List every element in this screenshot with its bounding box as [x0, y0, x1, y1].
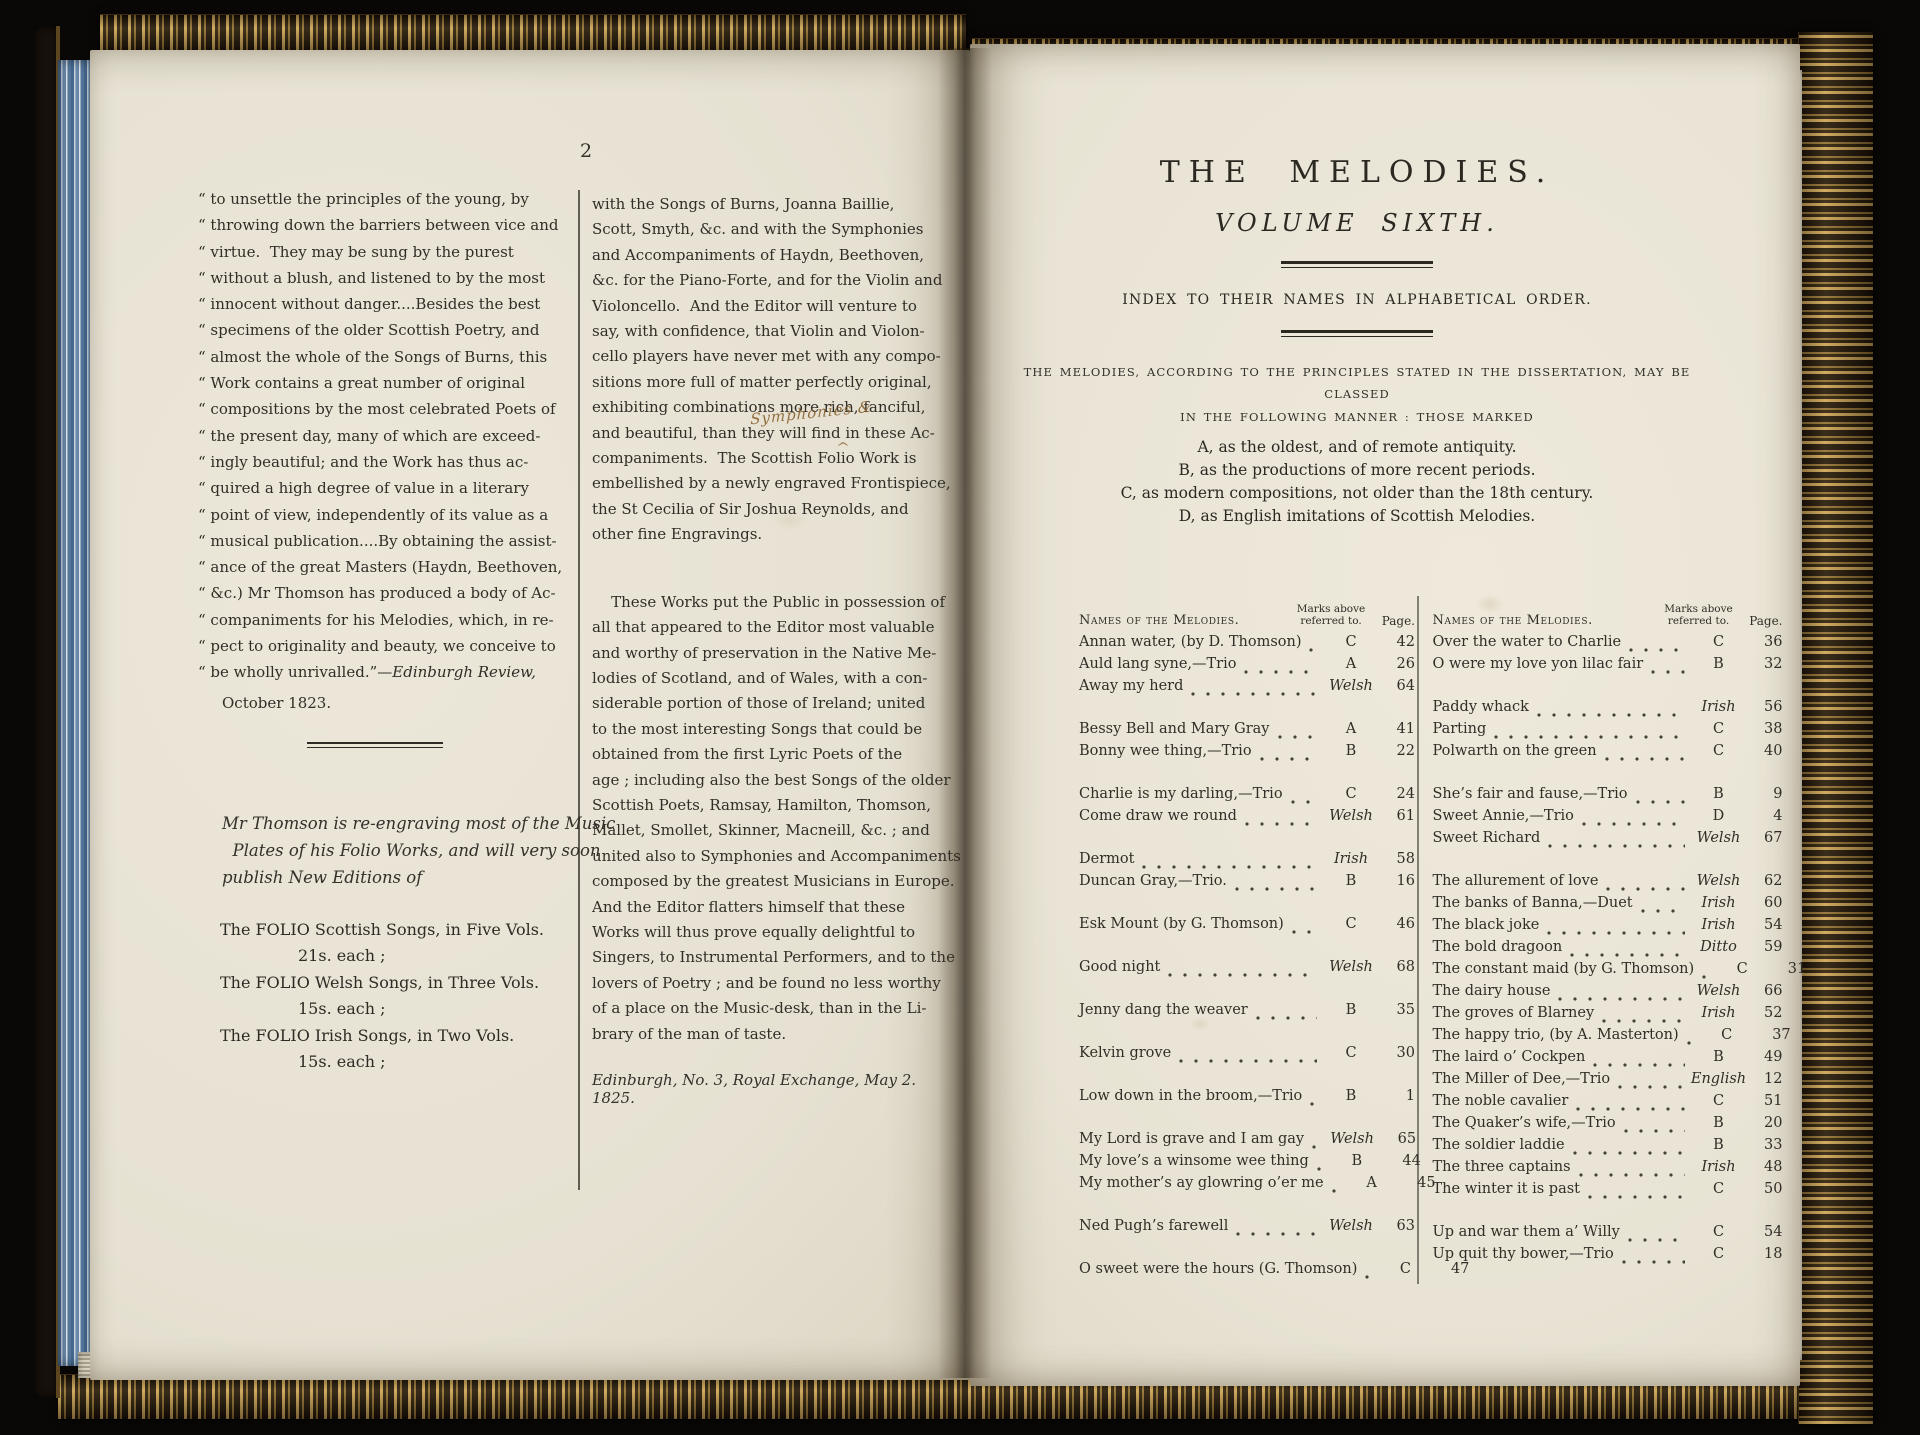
melody-mark: Irish: [1691, 895, 1747, 911]
melody-mark: C: [1691, 1181, 1747, 1197]
melody-mark: Irish: [1691, 1159, 1747, 1175]
melody-mark: B: [1323, 743, 1379, 759]
melody-mark: C: [1323, 634, 1379, 650]
melody-mark: Irish: [1691, 699, 1747, 715]
melody-mark: Welsh: [1323, 1218, 1379, 1234]
quote-attribution: “ be wholly unrivalled.”—Edinburgh Revie…: [198, 659, 582, 685]
melody-page: 20: [1747, 1115, 1783, 1131]
melody-mark: Ditto: [1691, 939, 1747, 955]
index-row: Polwarth on the green C 40: [1429, 743, 1783, 765]
melody-name: The constant maid (by G. Thomson): [1429, 961, 1695, 977]
melody-mark: Welsh: [1691, 873, 1747, 889]
melody-name: Bessy Bell and Mary Gray: [1075, 721, 1270, 737]
melody-name: Sweet Richard: [1429, 830, 1541, 846]
index-row: The Quaker’s wife,—Trio B 20: [1429, 1115, 1783, 1137]
melody-name: My love’s a winsome wee thing: [1075, 1153, 1309, 1169]
index-row: The bold dragoon Ditto 59: [1429, 939, 1783, 961]
melody-mark: English: [1691, 1071, 1747, 1087]
index-row: Sweet Richard Welsh 67: [1429, 830, 1783, 852]
melody-mark: Welsh: [1691, 830, 1747, 846]
folio-edition-price: 21s. each ;: [298, 943, 582, 970]
index-row: Bessy Bell and Mary Gray A 41: [1075, 721, 1415, 743]
page-title: THE MELODIES.: [1010, 156, 1704, 189]
melody-page: 36: [1747, 634, 1783, 650]
dot-leader: [1687, 1041, 1693, 1045]
dot-leader: [1310, 1102, 1317, 1106]
melody-name: Duncan Gray,—Trio.: [1075, 873, 1227, 889]
dot-leader: [1576, 1107, 1684, 1111]
classification-list: A, as the oldest, and of remote antiquit…: [1010, 436, 1704, 528]
dot-leader: [1622, 1260, 1685, 1264]
melody-page: 35: [1379, 1002, 1415, 1018]
melody-name: Good night: [1075, 959, 1160, 975]
melody-name: The banks of Banna,—Duet: [1429, 895, 1633, 911]
index-row: She’s fair and fause,—Trio B 9: [1429, 786, 1783, 808]
index-row: Kelvin grove C 30: [1075, 1045, 1415, 1067]
melody-mark: B: [1323, 1088, 1379, 1104]
melody-mark: D: [1691, 808, 1747, 824]
melody-mark: A: [1344, 1175, 1400, 1191]
melody-page: 18: [1747, 1246, 1783, 1262]
review-quote-text: “ to unsettle the principles of the youn…: [198, 186, 582, 659]
dot-leader: [1365, 1275, 1371, 1279]
dot-leader: [1245, 822, 1317, 826]
melody-page: 54: [1747, 1224, 1783, 1240]
index-row: Away my herd Welsh 64: [1075, 678, 1415, 700]
dot-leader: [1629, 648, 1684, 652]
index-row: My Lord is grave and I am gay Welsh 65: [1075, 1131, 1415, 1153]
melody-page: 62: [1747, 873, 1783, 889]
dot-leader: [1641, 909, 1685, 913]
double-rule-1: [1281, 261, 1433, 268]
melody-name: Up quit thy bower,—Trio: [1429, 1246, 1614, 1262]
folio-edition: The FOLIO Scottish Songs, in Five Vols. …: [198, 917, 582, 970]
melody-name: Dermot: [1075, 851, 1134, 867]
melody-name: The bold dragoon: [1429, 939, 1563, 955]
index-row: The dairy house Welsh 66: [1429, 983, 1783, 1005]
title-block: THE MELODIES. VOLUME SIXTH. INDEX TO THE…: [1010, 156, 1704, 528]
melody-name: My mother’s ay glowring o’er me: [1075, 1175, 1324, 1191]
quote-closing: “ be wholly unrivalled.”—: [198, 663, 392, 681]
melody-mark: Welsh: [1323, 678, 1379, 694]
dot-leader: [1624, 1129, 1685, 1133]
melody-name: Sweet Annie,—Trio: [1429, 808, 1574, 824]
dot-leader: [1309, 648, 1317, 652]
melody-page: 37: [1755, 1027, 1791, 1043]
melody-page: 46: [1379, 916, 1415, 932]
description-column: with the Songs of Burns, Joanna Baillie,…: [592, 192, 936, 1107]
melody-name: Kelvin grove: [1075, 1045, 1171, 1061]
melody-mark: C: [1691, 1246, 1747, 1262]
dot-leader: [1588, 1195, 1685, 1199]
melody-mark: C: [1691, 743, 1747, 759]
column-header-page: Page.: [1375, 614, 1415, 628]
melody-mark: C: [1699, 1027, 1755, 1043]
index-rows-left: Annan water, (by D. Thomson) C 42 Auld l…: [1075, 634, 1415, 1283]
dot-leader: [1537, 713, 1685, 717]
index-row: The allurement of love Welsh 62: [1429, 873, 1783, 895]
index-row: Esk Mount (by G. Thomson) C 46: [1075, 916, 1415, 938]
melody-mark: C: [1323, 916, 1379, 932]
melody-page: 64: [1379, 678, 1415, 694]
melody-name: Paddy whack: [1429, 699, 1529, 715]
melody-name: The Miller of Dee,—Trio: [1429, 1071, 1611, 1087]
index-row: The groves of Blarney Irish 52: [1429, 1005, 1783, 1027]
dot-leader: [1312, 1145, 1318, 1149]
index-header-row: Names of the Melodies. Marks above refer…: [1429, 596, 1783, 628]
melody-mark: B: [1329, 1153, 1385, 1169]
index-column-right: Names of the Melodies. Marks above refer…: [1421, 596, 1783, 1268]
index-row: My love’s a winsome wee thing B 44: [1075, 1153, 1415, 1175]
melody-name: The groves of Blarney: [1429, 1005, 1595, 1021]
index-row: Low down in the broom,—Trio B 1: [1075, 1088, 1415, 1110]
volume-subtitle: VOLUME SIXTH.: [1010, 209, 1704, 237]
dot-leader: [1582, 822, 1685, 826]
melody-name: She’s fair and fause,—Trio: [1429, 786, 1628, 802]
melody-name: The black joke: [1429, 917, 1540, 933]
index-row: The Miller of Dee,—Trio English 12: [1429, 1071, 1783, 1093]
right-page: THE MELODIES. VOLUME SIXTH. INDEX TO THE…: [970, 44, 1800, 1386]
description-paragraph-2: These Works put the Public in possession…: [592, 590, 936, 1047]
melody-page: 49: [1747, 1049, 1783, 1065]
melody-page: 63: [1379, 1218, 1415, 1234]
melody-mark: B: [1691, 1049, 1747, 1065]
dot-leader: [1558, 997, 1684, 1001]
index-row: Come draw we round Welsh 61: [1075, 808, 1415, 830]
melody-name: Charlie is my darling,—Trio: [1075, 786, 1283, 802]
melody-page: 58: [1379, 851, 1415, 867]
melody-name: The soldier laddie: [1429, 1137, 1565, 1153]
melody-name: Ned Pugh’s farewell: [1075, 1218, 1228, 1234]
melody-mark: Irish: [1691, 917, 1747, 933]
melody-mark: C: [1691, 1224, 1747, 1240]
classification-item: A, as the oldest, and of remote antiquit…: [1010, 436, 1704, 459]
melody-page: 68: [1379, 959, 1415, 975]
folio-edition: The FOLIO Welsh Songs, in Three Vols. 15…: [198, 970, 582, 1023]
dot-leader: [1579, 1173, 1685, 1177]
melody-page: 12: [1747, 1071, 1783, 1087]
melody-page: 1: [1379, 1088, 1415, 1104]
melody-mark: Welsh: [1323, 808, 1379, 824]
melody-page: 38: [1747, 721, 1783, 737]
index-row: The three captains Irish 48: [1429, 1159, 1783, 1181]
melody-name: The dairy house: [1429, 983, 1551, 999]
melody-name: My Lord is grave and I am gay: [1075, 1131, 1304, 1147]
index-row: The noble cavalier C 51: [1429, 1093, 1783, 1115]
index-rows-right: Over the water to Charlie C 36 O were my…: [1429, 634, 1783, 1268]
dot-leader: [1593, 1063, 1684, 1067]
imprint-line: Edinburgh, No. 3, Royal Exchange, May 2.…: [592, 1071, 936, 1107]
melody-page: 50: [1747, 1181, 1783, 1197]
dot-leader: [1191, 692, 1317, 696]
melody-mark: B: [1691, 656, 1747, 672]
left-cover-edge: [34, 26, 60, 1398]
index-row: The soldier laddie B 33: [1429, 1137, 1783, 1159]
dot-leader: [1547, 931, 1684, 935]
index-row: Up and war them a’ Willy C 54: [1429, 1224, 1783, 1246]
book-photo: 2 “ to unsettle the principles of the yo…: [0, 0, 1920, 1435]
index-row: O sweet were the hours (G. Thomson) C 47: [1075, 1261, 1415, 1283]
melody-page: 51: [1747, 1093, 1783, 1109]
index-row: Sweet Annie,—Trio D 4: [1429, 808, 1783, 830]
index-row: The banks of Banna,—Duet Irish 60: [1429, 895, 1783, 917]
folio-edition-price: 15s. each ;: [298, 1049, 582, 1076]
melody-page: 59: [1747, 939, 1783, 955]
index-row: Over the water to Charlie C 36: [1429, 634, 1783, 656]
melody-page: 4: [1747, 808, 1783, 824]
dot-leader: [1702, 975, 1708, 979]
dot-leader: [1602, 1019, 1684, 1023]
melody-mark: B: [1691, 1115, 1747, 1131]
melody-name: The laird o’ Cockpen: [1429, 1049, 1586, 1065]
index-row: Good night Welsh 68: [1075, 959, 1415, 981]
classification-item: D, as English imitations of Scottish Mel…: [1010, 505, 1704, 528]
dot-leader: [1292, 930, 1317, 934]
index-row: O were my love yon lilac fair B 32: [1429, 656, 1783, 678]
classification-item: C, as modern compositions, not older tha…: [1010, 482, 1704, 505]
publisher-notice: Mr Thomson is re-engraving most of the M…: [222, 810, 582, 891]
index-heading: INDEX TO THEIR NAMES IN ALPHABETICAL ORD…: [1010, 292, 1704, 308]
melody-mark: C: [1714, 961, 1770, 977]
melody-page: 30: [1379, 1045, 1415, 1061]
folio-edition-title: The FOLIO Scottish Songs, in Five Vols.: [220, 917, 582, 944]
melody-page: 16: [1379, 873, 1415, 889]
melody-page: 52: [1747, 1005, 1783, 1021]
index-column-left: Names of the Melodies. Marks above refer…: [1075, 596, 1415, 1283]
classification-intro: THE MELODIES, ACCORDING TO THE PRINCIPLE…: [1010, 361, 1704, 428]
melody-mark: B: [1323, 873, 1379, 889]
column-header-marks: Marks above referred to.: [1655, 603, 1743, 628]
index-row: Ned Pugh’s farewell Welsh 63: [1075, 1218, 1415, 1240]
index-header-row: Names of the Melodies. Marks above refer…: [1075, 596, 1415, 628]
melody-mark: Welsh: [1691, 983, 1747, 999]
quote-column: “ to unsettle the principles of the youn…: [198, 186, 582, 1076]
index-row: The happy trio, (by A. Masterton) C 37: [1429, 1027, 1783, 1049]
section-rule: [307, 742, 443, 748]
melody-name: The happy trio, (by A. Masterton): [1429, 1027, 1679, 1043]
melody-name: Esk Mount (by G. Thomson): [1075, 916, 1284, 932]
dot-leader: [1494, 735, 1684, 739]
dot-leader: [1278, 735, 1318, 739]
column-header-page: Page.: [1743, 614, 1783, 628]
column-divider-rule: [578, 190, 580, 1190]
melody-page: 67: [1747, 830, 1783, 846]
column-header-marks: Marks above referred to.: [1287, 603, 1375, 628]
dot-leader: [1179, 1059, 1317, 1063]
melody-name: The allurement of love: [1429, 873, 1599, 889]
dot-leader: [1651, 670, 1684, 674]
dot-leader: [1256, 1016, 1317, 1020]
dot-leader: [1570, 953, 1684, 957]
dot-leader: [1636, 800, 1685, 804]
melody-page: 33: [1747, 1137, 1783, 1153]
melody-page: 61: [1379, 808, 1415, 824]
folio-editions-list: The FOLIO Scottish Songs, in Five Vols. …: [198, 917, 582, 1076]
melody-mark: C: [1323, 786, 1379, 802]
index-row: The constant maid (by G. Thomson) C 31: [1429, 961, 1783, 983]
dot-leader: [1260, 757, 1317, 761]
gilt-border-right-cover: [1798, 32, 1874, 1424]
dot-leader: [1332, 1189, 1338, 1193]
melody-page: 56: [1747, 699, 1783, 715]
folio-edition: The FOLIO Irish Songs, in Two Vols. 15s.…: [198, 1023, 582, 1076]
melody-name: Come draw we round: [1075, 808, 1237, 824]
index-row: Dermot Irish 58: [1075, 851, 1415, 873]
melody-mark: B: [1323, 1002, 1379, 1018]
melody-page: 24: [1379, 786, 1415, 802]
melody-name: Jenny dang the weaver: [1075, 1002, 1248, 1018]
index-row: Auld lang syne,—Trio A 26: [1075, 656, 1415, 678]
melody-page: 40: [1747, 743, 1783, 759]
melody-page: 54: [1747, 917, 1783, 933]
melody-mark: C: [1691, 1093, 1747, 1109]
dot-leader: [1244, 670, 1317, 674]
melody-name: Annan water, (by D. Thomson): [1075, 634, 1301, 650]
quote-source: Edinburgh Review,: [392, 663, 536, 681]
quote-date: October 1823.: [222, 690, 582, 716]
index-row: The laird o’ Cockpen B 49: [1429, 1049, 1783, 1071]
index-row: My mother’s ay glowring o’er me A 45: [1075, 1175, 1415, 1197]
melody-name: Low down in the broom,—Trio: [1075, 1088, 1302, 1104]
index-row: Parting C 38: [1429, 721, 1783, 743]
melody-name: Polwarth on the green: [1429, 743, 1597, 759]
index-row: Bonny wee thing,—Trio B 22: [1075, 743, 1415, 765]
folio-edition-price: 15s. each ;: [298, 996, 582, 1023]
melody-page: 32: [1747, 656, 1783, 672]
melody-page: 66: [1747, 983, 1783, 999]
annotation-caret-mark: ^: [836, 440, 850, 454]
left-page: 2 “ to unsettle the principles of the yo…: [90, 50, 970, 1380]
melody-name: Auld lang syne,—Trio: [1075, 656, 1236, 672]
melody-mark: A: [1323, 721, 1379, 737]
melody-mark: Irish: [1691, 1005, 1747, 1021]
melody-page: 44: [1385, 1153, 1421, 1169]
index-row: Charlie is my darling,—Trio C 24: [1075, 786, 1415, 808]
dot-leader: [1142, 865, 1317, 869]
melody-mark: C: [1691, 634, 1747, 650]
column-header-names: Names of the Melodies.: [1429, 613, 1655, 628]
melody-name: O sweet were the hours (G. Thomson): [1075, 1261, 1357, 1277]
melody-mark: A: [1323, 656, 1379, 672]
melody-page: 41: [1379, 721, 1415, 737]
index-row: Paddy whack Irish 56: [1429, 699, 1783, 721]
index-row: The winter it is past C 50: [1429, 1181, 1783, 1203]
index-row: Jenny dang the weaver B 35: [1075, 1002, 1415, 1024]
melody-page: 9: [1747, 786, 1783, 802]
melody-name: Up and war them a’ Willy: [1429, 1224, 1620, 1240]
dot-leader: [1235, 887, 1317, 891]
folio-edition-title: The FOLIO Welsh Songs, in Three Vols.: [220, 970, 582, 997]
index-row: Duncan Gray,—Trio. B 16: [1075, 873, 1415, 895]
melody-name: Over the water to Charlie: [1429, 634, 1622, 650]
melody-name: Away my herd: [1075, 678, 1183, 694]
melody-page: 60: [1747, 895, 1783, 911]
table-divider-rule: [1417, 596, 1419, 1284]
dot-leader: [1618, 1085, 1684, 1089]
melody-name: Parting: [1429, 721, 1487, 737]
dot-leader: [1291, 800, 1317, 804]
index-row: The black joke Irish 54: [1429, 917, 1783, 939]
index-row: Up quit thy bower,—Trio C 18: [1429, 1246, 1783, 1268]
melody-mark: C: [1691, 721, 1747, 737]
melody-mark: B: [1691, 1137, 1747, 1153]
melody-name: The winter it is past: [1429, 1181, 1581, 1197]
column-header-names: Names of the Melodies.: [1075, 613, 1287, 628]
melody-page: 42: [1379, 634, 1415, 650]
dot-leader: [1605, 757, 1685, 761]
dot-leader: [1317, 1167, 1323, 1171]
melody-name: The Quaker’s wife,—Trio: [1429, 1115, 1616, 1131]
double-rule-2: [1281, 330, 1433, 337]
dot-leader: [1628, 1238, 1685, 1242]
melody-mark: B: [1691, 786, 1747, 802]
gilt-border-top-left-cover: [100, 14, 966, 54]
melody-mark: Welsh: [1324, 1131, 1380, 1147]
page-edges-left: [58, 60, 92, 1366]
dot-leader: [1236, 1232, 1317, 1236]
melody-mark: C: [1323, 1045, 1379, 1061]
dot-leader: [1168, 973, 1317, 977]
dot-leader: [1606, 887, 1684, 891]
melody-page: 26: [1379, 656, 1415, 672]
melody-index-table: Names of the Melodies. Marks above refer…: [1075, 596, 1789, 1284]
melody-page: 31: [1770, 961, 1806, 977]
classification-item: B, as the productions of more recent per…: [1010, 459, 1704, 482]
melody-name: The three captains: [1429, 1159, 1571, 1175]
page-number: 2: [556, 140, 616, 162]
description-paragraph-1: with the Songs of Burns, Joanna Baillie,…: [592, 192, 936, 548]
folio-edition-title: The FOLIO Irish Songs, in Two Vols.: [220, 1023, 582, 1050]
index-row: Annan water, (by D. Thomson) C 42: [1075, 634, 1415, 656]
melody-page: 65: [1380, 1131, 1416, 1147]
melody-name: O were my love yon lilac fair: [1429, 656, 1644, 672]
melody-name: Bonny wee thing,—Trio: [1075, 743, 1252, 759]
dot-leader: [1548, 844, 1684, 848]
melody-mark: Irish: [1323, 851, 1379, 867]
dot-leader: [1573, 1151, 1685, 1155]
melody-page: 22: [1379, 743, 1415, 759]
melody-name: The noble cavalier: [1429, 1093, 1569, 1109]
melody-page: 48: [1747, 1159, 1783, 1175]
melody-mark: Welsh: [1323, 959, 1379, 975]
